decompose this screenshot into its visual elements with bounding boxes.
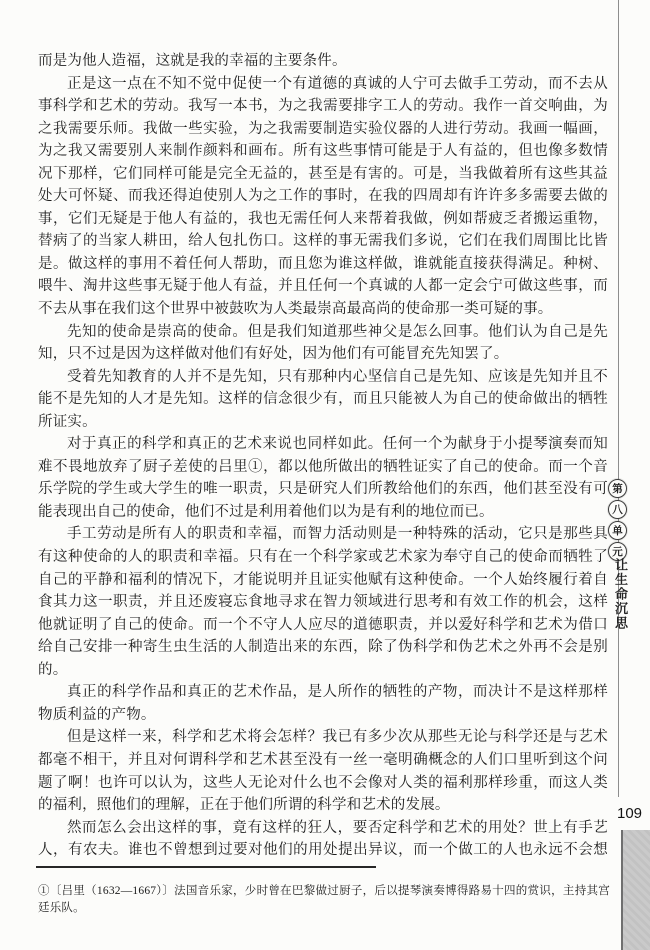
footnote-separator — [36, 866, 376, 868]
paragraph: 受着先知教育的人并不是先知，只有那种内心坚信自己是先知、应该是先知并且不能不是先… — [38, 366, 608, 434]
page-number: 109 — [617, 805, 642, 822]
paragraph: 正是这一点在不知不觉中促使一个有道德的真诚的人宁可去做手工劳动，而不去从事科学和… — [38, 73, 608, 321]
body-text: 而是为他人造福，这就是我的幸福的主要条件。 正是这一点在不知不觉中促使一个有道德… — [38, 50, 608, 863]
sidebar-vertical-rule — [618, 0, 619, 797]
paragraph: 而是为他人造福，这就是我的幸福的主要条件。 — [38, 50, 608, 73]
paragraph: 但是这样一来，科学和艺术将会怎样？我已有多少次从那些无论与科学还是与艺术都毫不相… — [38, 726, 608, 816]
unit-badge: 第 八 单 元 — [608, 479, 627, 561]
paragraph: 真正的科学作品和真正的艺术作品，是人所作的牺牲的产物，而决计不是这样那样物质利益… — [38, 681, 608, 726]
unit-char-circle: 单 — [608, 521, 627, 540]
page-edge-shading — [621, 830, 650, 950]
textbook-page: 而是为他人造福，这就是我的幸福的主要条件。 正是这一点在不知不觉中促使一个有道德… — [0, 0, 650, 950]
paragraph: 然而怎么会出这样的事，竟有这样的狂人，要否定科学和艺术的用处？世上有手艺人，有农… — [38, 817, 608, 863]
unit-char-circle: 第 — [608, 479, 627, 498]
footnote-text: ①〔吕里（1632—1667）〕法国音乐家，少时曾在巴黎做过厨子，后以提琴演奏博… — [38, 883, 610, 917]
paragraph: 手工劳动是所有人的职责和幸福，而智力活动则是一种特殊的活动，它只是那些具有这种使… — [38, 523, 608, 681]
paragraph: 先知的使命是崇高的使命。但是我们知道那些神父是怎么回事。他们认为自己是先知，只不… — [38, 321, 608, 366]
unit-char-circle: 八 — [608, 500, 627, 519]
unit-theme-title: 让生命沉思 — [606, 558, 630, 631]
paragraph: 对于真正的科学和真正的艺术来说也同样如此。任何一个为献身于小提琴演奏而知难不畏地… — [38, 433, 608, 523]
